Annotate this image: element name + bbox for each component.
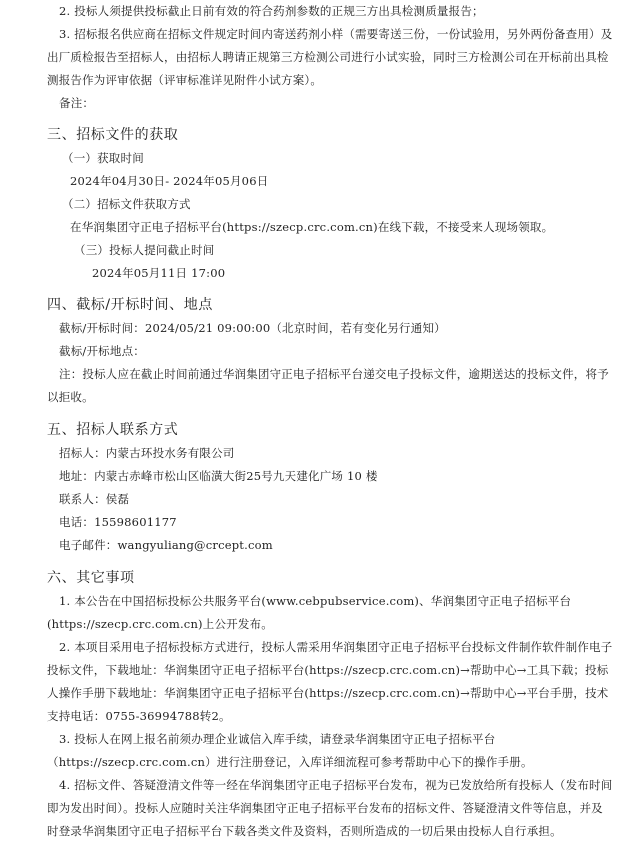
text-line: 1. 本公告在中国招标投标公共服务平台(www.cebpubservice.co…	[59, 594, 571, 608]
text-line: （二）招标文件获取方式	[62, 197, 191, 211]
text-line: 即为发出时间）。投标人应随时关注华润集团守正电子招标平台发布的招标文件、答疑澄清…	[47, 801, 603, 815]
text-line: （https://szecp.crc.com.cn）进行注册登记，入库详细流程可…	[47, 755, 533, 769]
text-line: 投标文件，下载地址：华润集团守正电子招标平台(https://szecp.crc…	[47, 663, 609, 677]
text-line: 4. 招标文件、答疑澄清文件等一经在华润集团守正电子招标平台发布，视为已发放给所…	[59, 778, 612, 792]
text-line: 出厂质检报告至招标人，由招标人聘请正规第三方检测公司进行小试实验，同时三方检测公…	[47, 50, 609, 64]
text-line: （一）获取时间	[62, 151, 144, 165]
text-line: (https://szecp.crc.com.cn)上公开发布。	[47, 617, 273, 631]
text-line: 支持电话：0755-36994788转2。	[47, 709, 231, 723]
text-line: 联系人：侯磊	[59, 492, 129, 506]
text-line: 测报告作为评审依据（评审标准详见附件小试方案）。	[47, 73, 322, 87]
text-line: 注：投标人应在截止时间前通过华润集团守正电子招标平台递交电子投标文件，逾期送达的…	[59, 367, 609, 381]
text-line: 电子邮件：wangyuliang@crcept.com	[59, 538, 273, 552]
text-line: 2024年04月30日- 2024年05月06日	[70, 174, 268, 188]
text-line: 电话：15598601177	[59, 515, 177, 529]
text-line: 2. 本项目采用电子招标投标方式进行，投标人需采用华润集团守正电子招标平台投标文…	[59, 640, 612, 654]
text-line: （三）投标人提问截止时间	[74, 243, 214, 257]
section-heading: 六、其它事项	[47, 569, 135, 587]
text-line: 人操作手册下载地址：华润集团守正电子招标平台(https://szecp.crc…	[47, 686, 609, 700]
section-heading: 三、招标文件的获取	[47, 126, 178, 144]
text-line: 2. 投标人须提供投标截止日前有效的符合药剂参数的正规三方出具检测质量报告；	[59, 4, 484, 18]
text-line: 3. 投标人在网上报名前须办理企业诚信入库手续，请登录华润集团守正电子招标平台	[59, 732, 495, 746]
text-line: 招标人：内蒙古环投水务有限公司	[59, 446, 235, 460]
text-line: 截标/开标地点：	[59, 344, 145, 358]
text-line: 以拒收。	[47, 390, 94, 404]
text-line: 截标/开标时间：2024/05/21 09:00:00（北京时间，若有变化另行通…	[59, 321, 446, 335]
text-line: 备注：	[59, 96, 94, 110]
text-line: 3. 招标报名供应商在招标文件规定时间内寄送药剂小样（需要寄送三份，一份试验用，…	[59, 27, 612, 41]
text-line: 地址：内蒙古赤峰市松山区临潢大街25号九天建化广场 10 楼	[59, 469, 378, 483]
section-heading: 四、截标/开标时间、地点	[47, 296, 213, 314]
section-heading: 五、招标人联系方式	[47, 421, 178, 439]
text-line: 在华润集团守正电子招标平台(https://szecp.crc.com.cn)在…	[70, 220, 553, 234]
text-line: 2024年05月11日 17:00	[92, 266, 225, 280]
text-line: 时登录华润集团守正电子招标平台下载各类文件及资料，否则所造成的一切后果由投标人自…	[47, 824, 562, 838]
